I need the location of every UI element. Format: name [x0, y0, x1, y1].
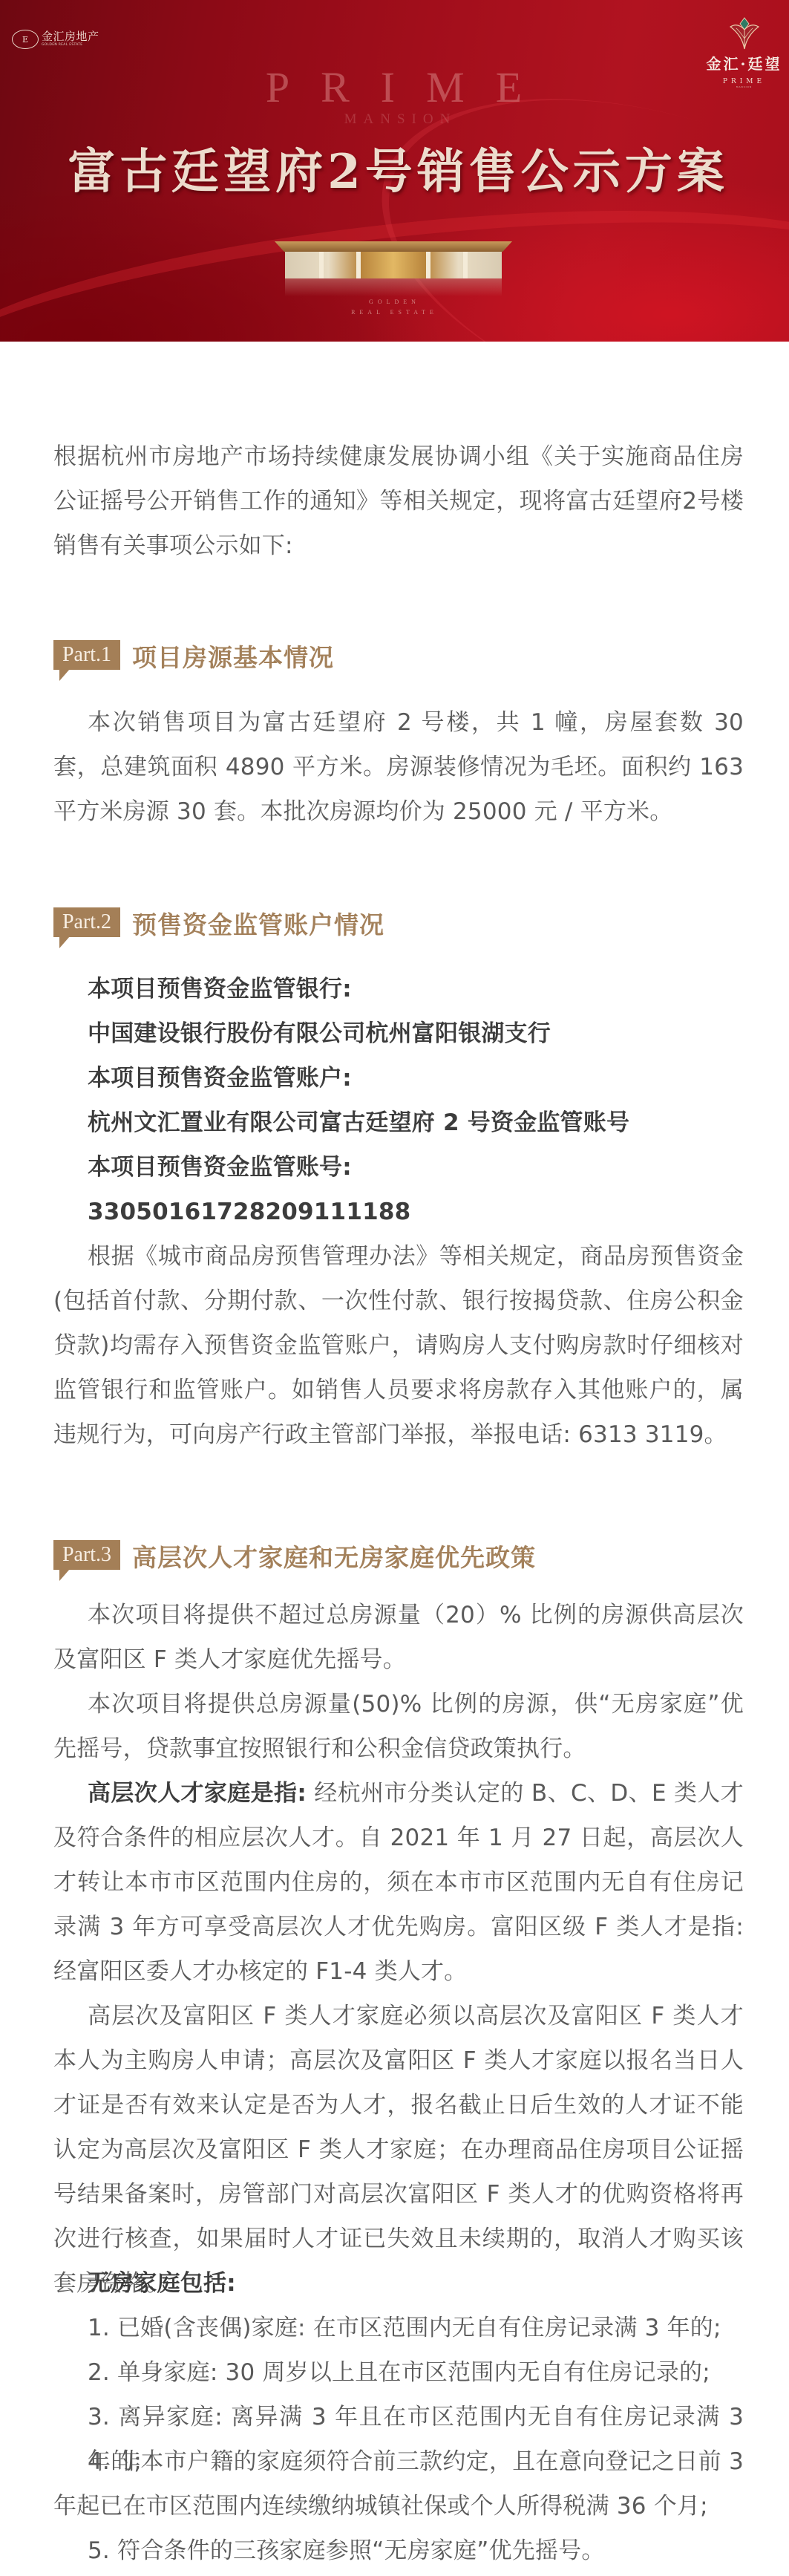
logo-emblem-icon: E: [12, 30, 39, 49]
account-label: 本项目预售资金监管账户:: [88, 1056, 744, 1100]
talent-definition-paragraph: 高层次人才家庭是指: 经杭州市分类认定的 B、C、D、E 类人才及符合条件的相应…: [53, 1771, 744, 1994]
talent-definition-text: 经杭州市分类认定的 B、C、D、E 类人才及符合条件的相应层次人才。自 2021…: [53, 1780, 744, 1985]
nohouse-item: 1. 已婚(含丧偶)家庭: 在市区范围内无自有住房记录满 3 年的;: [88, 2306, 744, 2350]
section-title: 项目房源基本情况: [132, 639, 334, 674]
nohouse-label: 无房家庭包括:: [88, 2261, 744, 2306]
header-banner: E 金汇房地产 GOLDEN REAL ESTATE 金汇·廷望 PRIME M…: [0, 0, 789, 342]
page-title: 富古廷望府2号销售公示方案: [0, 134, 789, 202]
golden-caption: GOLDEN: [0, 299, 789, 305]
part-tag: Part.1: [53, 640, 120, 670]
nohouse-item: 5. 符合条件的三孩家庭参照“无房家庭”优先摇号。: [88, 2528, 744, 2573]
talent-definition-label: 高层次人才家庭是指:: [88, 1780, 307, 1807]
nohouse-quota-paragraph: 本次项目将提供总房源量(50)% 比例的房源，供“无房家庭”优先摇号，贷款事宜按…: [53, 1682, 744, 1771]
section-header-part3: Part.3 高层次人才家庭和无房家庭优先政策: [53, 1536, 536, 1580]
logo-name-cn: 金汇房地产: [42, 31, 99, 42]
bank-value: 中国建设银行股份有限公司杭州富阳银湖支行: [88, 1011, 744, 1056]
logo-name-en: GOLDEN REAL ESTATE: [42, 44, 99, 48]
part-tag: Part.3: [53, 1540, 120, 1570]
fund-notice-paragraph: 根据《城市商品房预售管理办法》等相关规定，商品房预售资金(包括首付款、分期付款、…: [53, 1234, 744, 1457]
intro-paragraph: 根据杭州市房地产市场持续健康发展协调小组《关于实施商品住房公证摇号公开销售工作的…: [53, 434, 744, 568]
talent-rules-paragraph: 高层次及富阳区 F 类人才家庭必须以高层次及富阳区 F 类人才本人为主购房人申请…: [53, 1994, 744, 2306]
part-tag: Part.2: [53, 907, 120, 937]
nohouse-item: 4. 非本市户籍的家庭须符合前三款约定，且在意向登记之日前 3 年起已在市区范围…: [53, 2439, 744, 2528]
section-title: 预售资金监管账户情况: [132, 906, 384, 941]
mansion-wordmark: MANSION: [0, 111, 789, 128]
talent-quota-paragraph: 本次项目将提供不超过总房源量（20）% 比例的房源供高层次及富阳区 F 类人才家…: [53, 1593, 744, 1682]
prime-wordmark: PRIME: [0, 62, 789, 112]
account-value: 杭州文汇置业有限公司富古廷望府 2 号资金监管账号: [88, 1100, 744, 1145]
golden-hall-illustration: [275, 241, 512, 297]
account-number-label: 本项目预售资金监管账号:: [88, 1145, 744, 1190]
section-header-part2: Part.2 预售资金监管账户情况: [53, 903, 384, 948]
project-info-paragraph: 本次销售项目为富古廷望府 2 号楼，共 1 幢，房屋套数 30 套，总建筑面积 …: [53, 700, 744, 834]
fan-emblem-icon: [727, 16, 762, 48]
bank-label: 本项目预售资金监管银行:: [88, 967, 744, 1011]
golden-real-estate-logo: E 金汇房地产 GOLDEN REAL ESTATE: [12, 30, 99, 49]
account-number-value: 33050161728209111188: [88, 1190, 744, 1234]
real-estate-caption: REAL ESTATE: [0, 309, 789, 316]
nohouse-item: 2. 单身家庭: 30 周岁以上且在市区范围内无自有住房记录的;: [88, 2350, 744, 2395]
section-title: 高层次人才家庭和无房家庭优先政策: [132, 1539, 536, 1574]
section-header-part1: Part.1 项目房源基本情况: [53, 636, 334, 680]
